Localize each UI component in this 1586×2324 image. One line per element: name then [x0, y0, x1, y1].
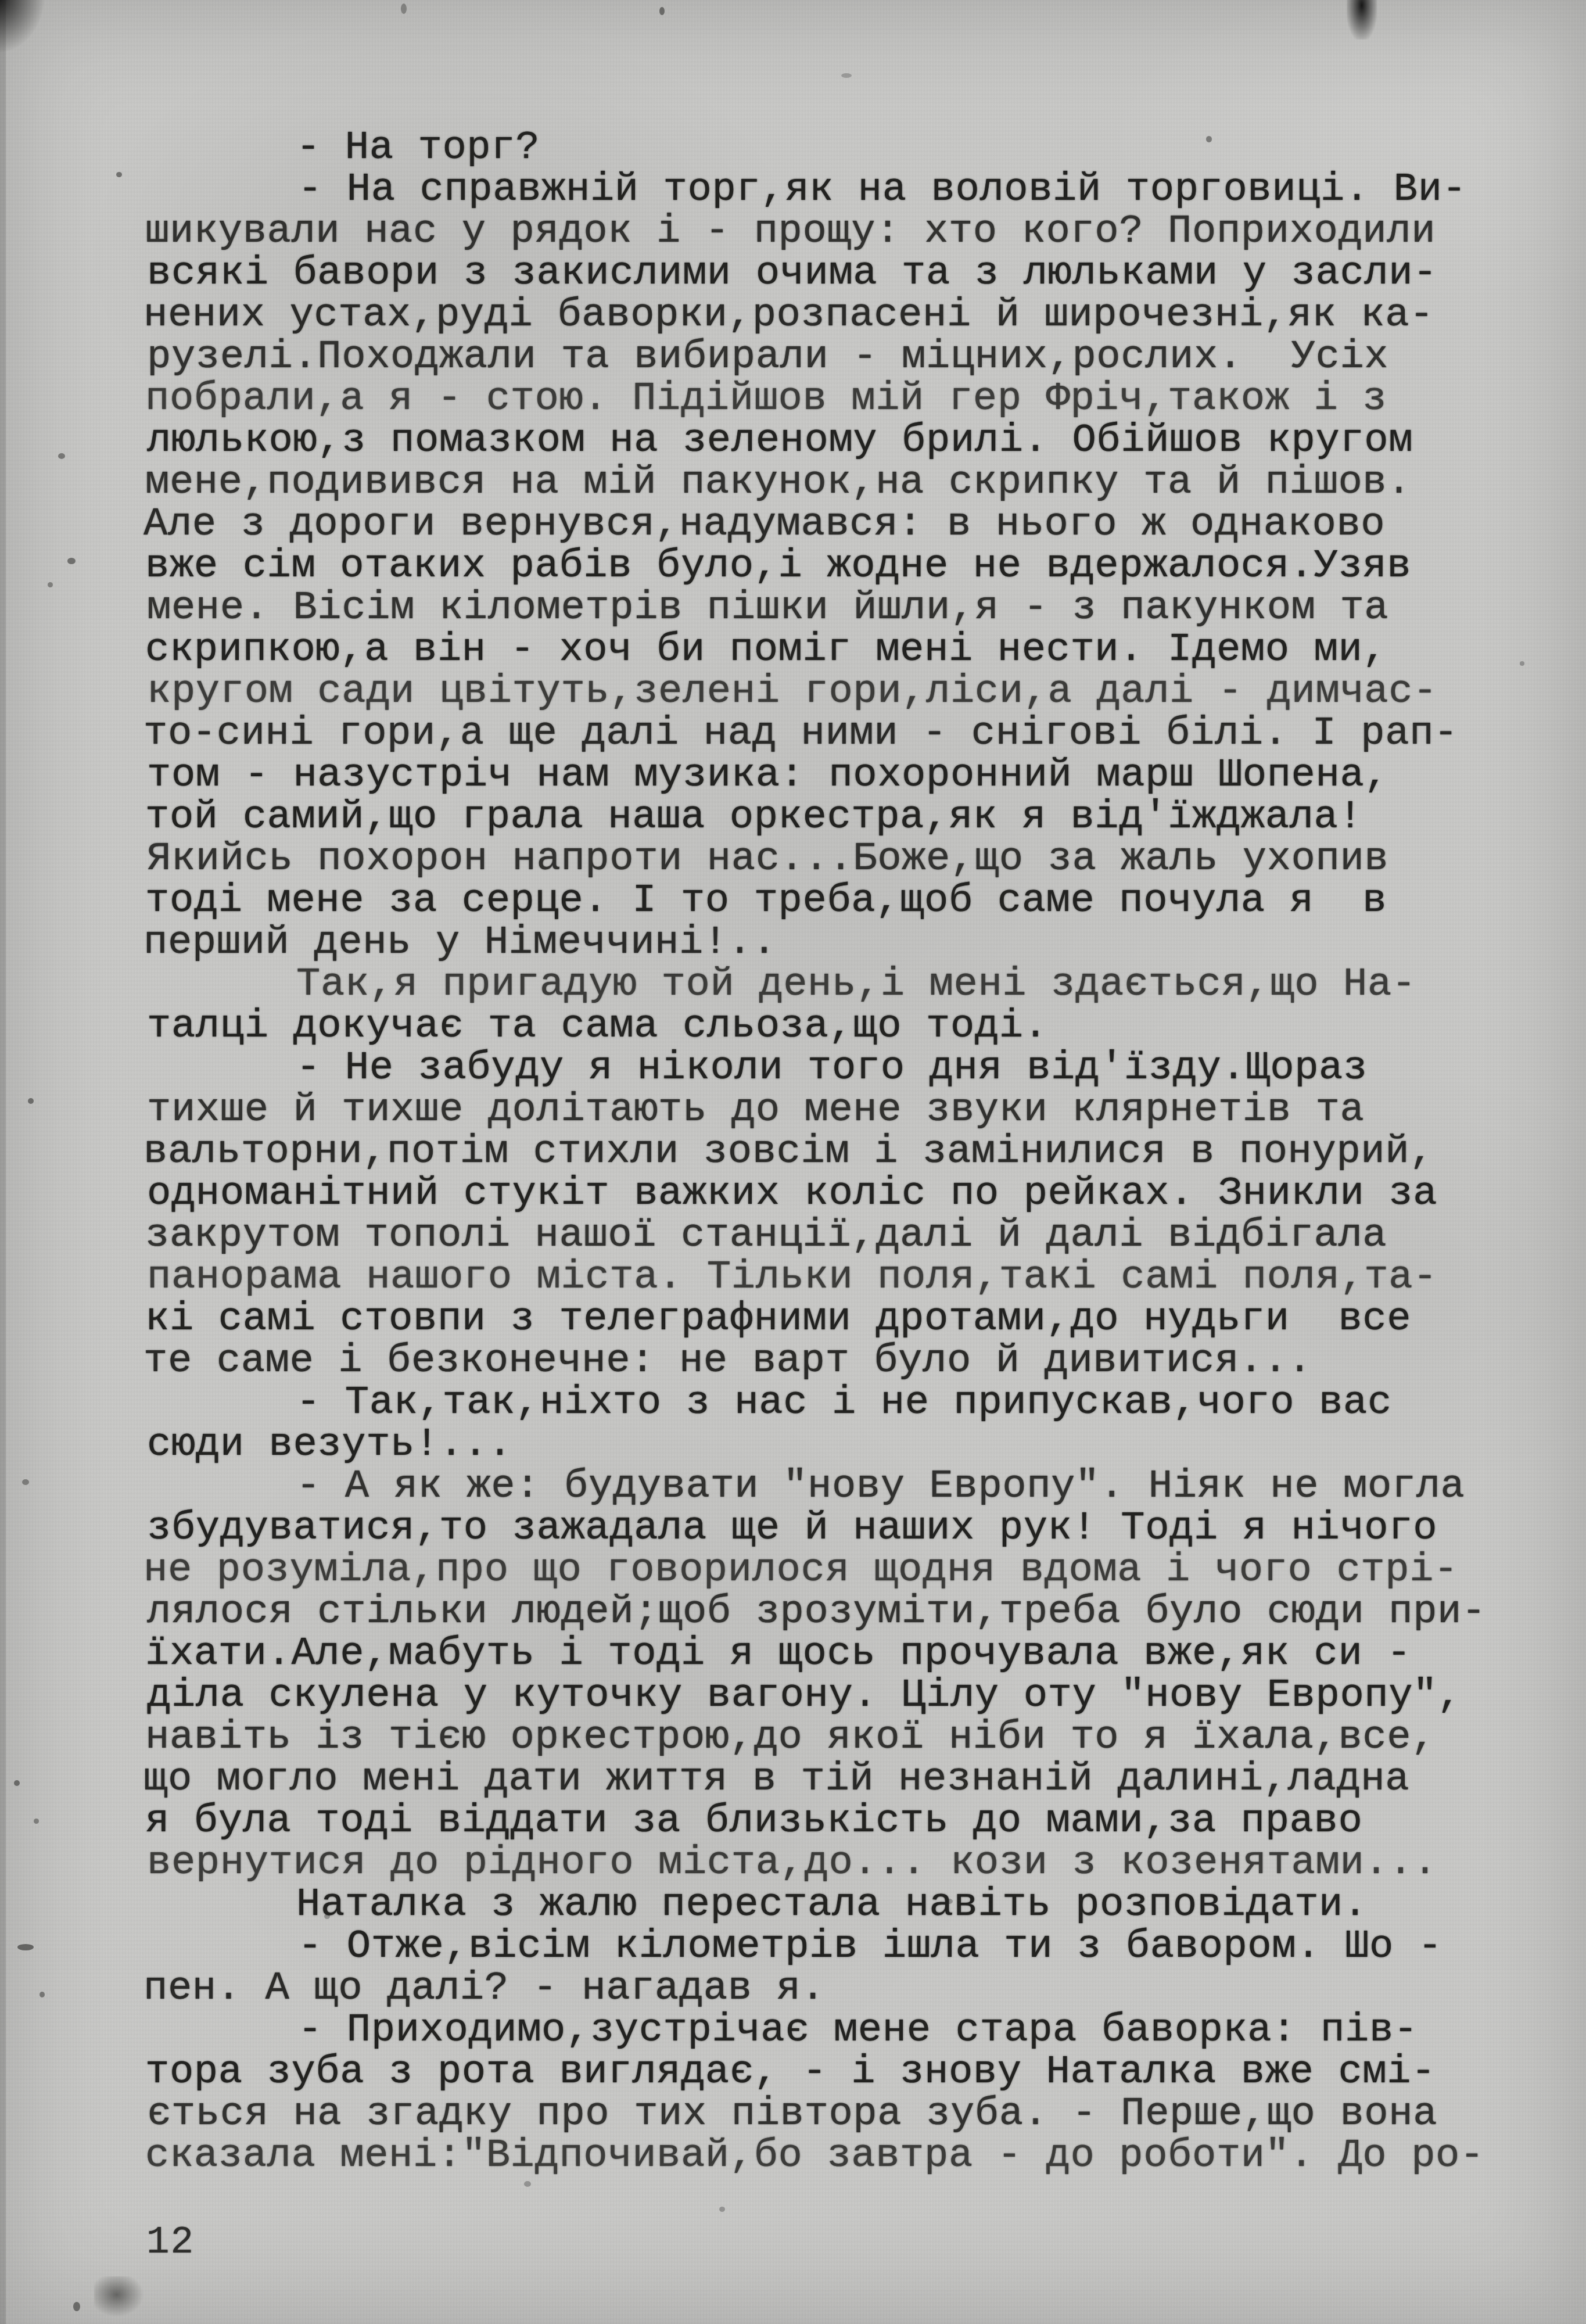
- text-line: вернутися до рідного міста,до... кози з …: [147, 1842, 1541, 1884]
- ink-smudge: [94, 2276, 144, 2317]
- text-line: їхати.Але,мабуть і тоді я щось прочувала…: [145, 1633, 1540, 1674]
- text-line: одноманітний стукіт важких коліс по рейк…: [147, 1172, 1541, 1214]
- corner-shadow: [0, 0, 45, 53]
- ink-speck: [719, 2207, 725, 2212]
- page-number: 12: [146, 2221, 195, 2264]
- text-line: лялося стільки людей;щоб зрозуміти,треба…: [147, 1591, 1541, 1633]
- text-line: шикували нас у рядок і - прощу: хто кого…: [145, 210, 1540, 252]
- text-line: кругом сади цвітуть,зелені гори,ліси,а д…: [147, 670, 1541, 712]
- text-line: вже сім отаких рабів було,і жодне не вде…: [145, 545, 1540, 587]
- text-line: нених устах,руді баворки,розпасені й шир…: [143, 294, 1538, 336]
- text-line: талці докучає та сама сльоза,що тоді.: [147, 1005, 1541, 1047]
- text-line: - На справжній торг,як на воловій торгов…: [147, 168, 1541, 210]
- ink-speck: [17, 1944, 34, 1950]
- text-line: пен. А що далі? - нагадав я.: [143, 1967, 1538, 2009]
- left-edge-shadow: [0, 0, 6, 2324]
- text-line: закрутом тополі нашої станції,далі й дал…: [145, 1214, 1540, 1256]
- text-line: том - назустріч нам музика: похоронний м…: [147, 754, 1541, 796]
- text-line: Так,я пригадую той день,і мені здається,…: [145, 963, 1540, 1005]
- ink-speck: [841, 73, 852, 78]
- text-line: тоді мене за серце. І то треба,щоб саме …: [145, 880, 1540, 921]
- text-line: мене. Вісім кілометрів пішки йшли,я - з …: [147, 587, 1541, 629]
- text-line: Але з дороги вернувся,надумався: в нього…: [143, 503, 1538, 545]
- text-line: мене,подивився на мій пакунок,на скрипку…: [145, 461, 1540, 503]
- ink-speck: [14, 1780, 20, 1786]
- ink-speck: [524, 2181, 531, 2187]
- text-line: сказала мені:"Відпочивай,бо завтра - до …: [145, 2135, 1540, 2176]
- scanned-page: - На торг?- На справжній торг,як на воло…: [0, 0, 1586, 2324]
- text-line: сюди везуть!...: [147, 1423, 1541, 1465]
- text-line: кі самі стовпи з телеграфними дротами,до…: [145, 1298, 1540, 1340]
- ink-speck: [401, 3, 407, 14]
- ink-speck: [73, 2302, 80, 2311]
- text-line: - Так,так,ніхто з нас і не припускав,чог…: [145, 1382, 1540, 1423]
- ink-speck: [40, 1992, 45, 1997]
- ink-speck: [58, 453, 65, 459]
- text-block: - На торг?- На справжній торг,як на воло…: [145, 127, 1540, 2176]
- text-line: - Отже,вісім кілометрів ішла ти з баворо…: [147, 1925, 1541, 1967]
- ink-speck: [116, 172, 122, 177]
- text-line: то-сині гори,а ще далі над ними - снігов…: [143, 712, 1538, 754]
- ink-speck: [659, 7, 665, 15]
- text-line: тора зуба з рота виглядає, - і знову Нат…: [145, 2051, 1540, 2093]
- text-line: те саме і безконечне: не варт було й див…: [143, 1340, 1538, 1382]
- text-line: перший день у Німеччині!..: [143, 921, 1538, 963]
- text-line: всякі бавори з закислими очима та з люль…: [147, 252, 1541, 294]
- text-line: вальторни,потім стихли зовсім і замінили…: [143, 1131, 1538, 1172]
- text-line: Якийсь похорон напроти нас...Боже,що за …: [147, 838, 1541, 880]
- text-line: Наталка з жалю перестала навіть розповід…: [145, 1884, 1540, 1925]
- text-line: збудуватися,то зажадала ще й наших рук! …: [147, 1507, 1541, 1549]
- text-line: діла скулена у куточку вагону. Цілу оту …: [147, 1674, 1541, 1716]
- ink-blot: [1347, 0, 1377, 40]
- text-line: ється на згадку про тих півтора зуба. - …: [147, 2093, 1541, 2135]
- text-line: - Приходимо,зустрічає мене стара баворка…: [147, 2009, 1541, 2051]
- text-line: рузелі.Походжали та вибирали - міцних,ро…: [147, 336, 1541, 378]
- text-line: що могло мені дати життя в тій незнаній …: [143, 1758, 1538, 1800]
- ink-speck: [22, 1479, 29, 1485]
- text-line: не розуміла,про що говорилося щодня вдом…: [143, 1549, 1538, 1591]
- text-line: побрали,а я - стою. Підійшов мій гер Фрі…: [145, 378, 1540, 419]
- text-line: - Не забуду я ніколи того дня від'їзду.Щ…: [145, 1047, 1540, 1089]
- text-line: скрипкою,а він - хоч би поміг мені нести…: [145, 629, 1540, 670]
- text-line: - А як же: будувати "нову Европу". Ніяк …: [145, 1465, 1540, 1507]
- ink-speck: [28, 1098, 34, 1104]
- text-line: люлькою,з помазком на зеленому брилі. Об…: [147, 419, 1541, 461]
- text-line: навіть із тією оркестрою,до якої ніби то…: [145, 1716, 1540, 1758]
- text-line: панорама нашого міста. Тільки поля,такі …: [147, 1256, 1541, 1298]
- text-line: я була тоді віддати за близькість до мам…: [145, 1800, 1540, 1842]
- text-line: той самий,що грала наша оркестра,як я ві…: [145, 796, 1540, 838]
- ink-speck: [67, 558, 76, 564]
- text-line: тихше й тихше долітають до мене звуки кл…: [147, 1089, 1541, 1131]
- ink-speck: [48, 582, 53, 587]
- ink-speck: [34, 1819, 39, 1824]
- text-line: - На торг?: [145, 127, 1540, 168]
